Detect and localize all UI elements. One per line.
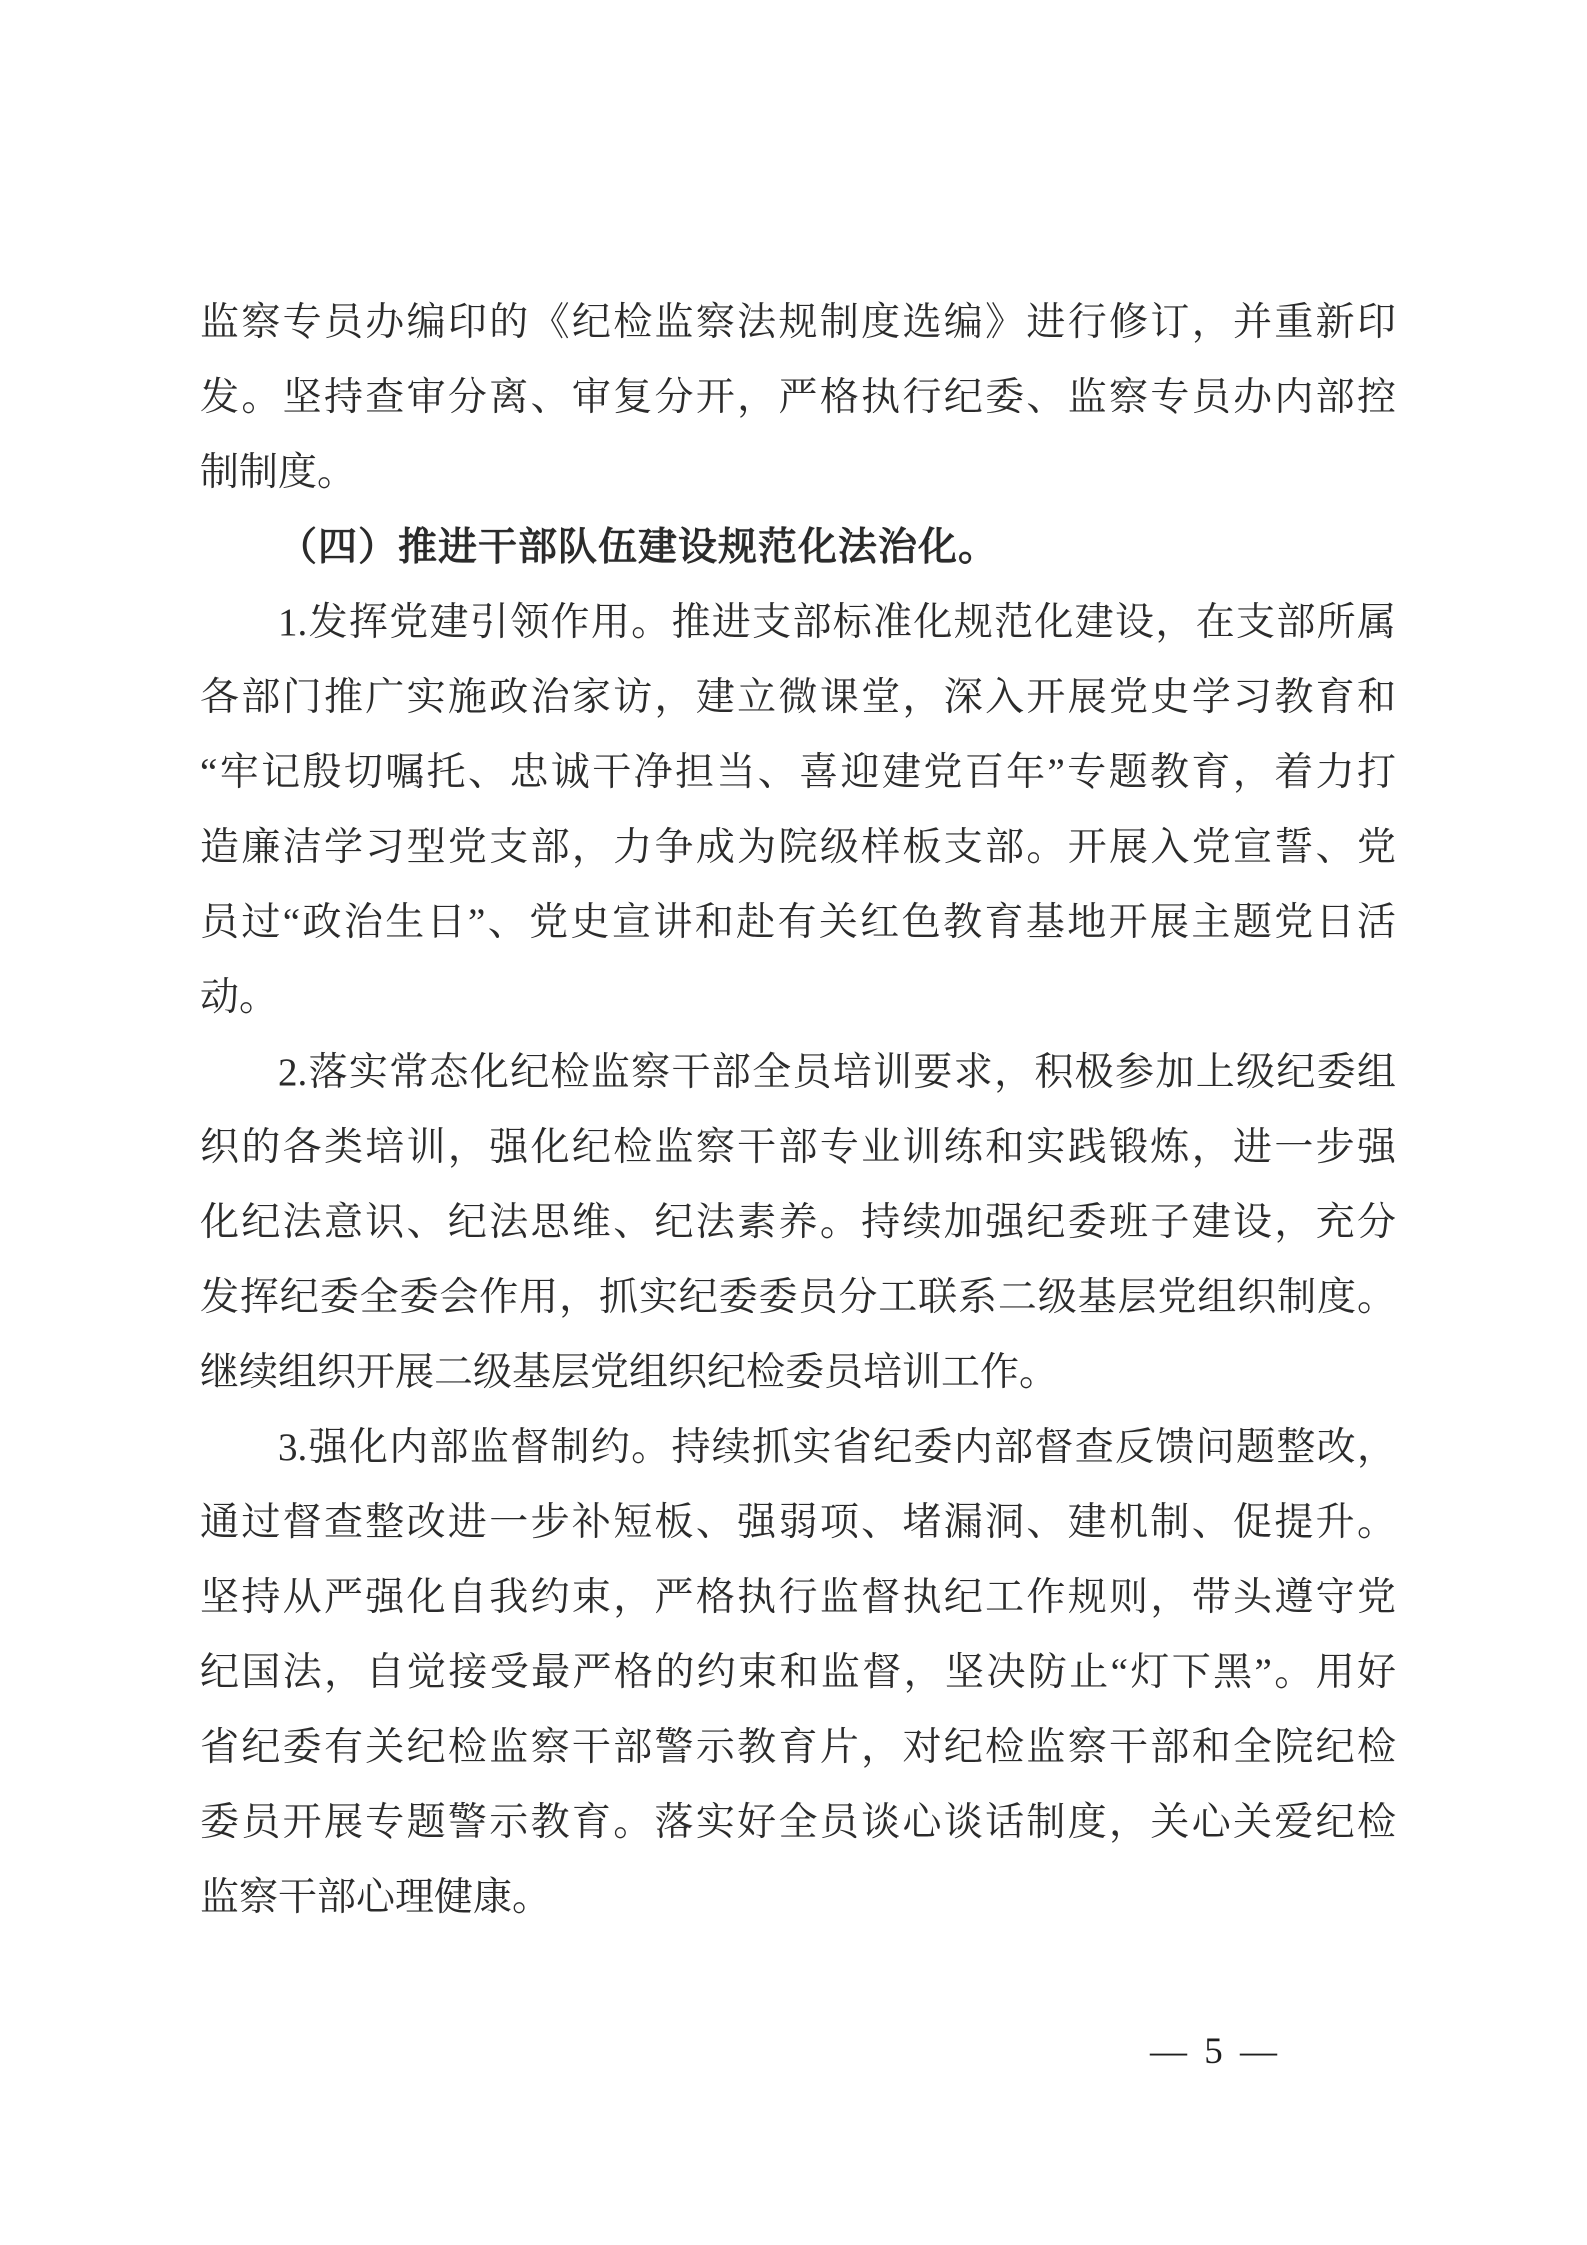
- text-line: 制制度。: [200, 435, 1396, 510]
- text-line: （四）推进干部队伍建设规范化法治化。: [200, 510, 1396, 585]
- text-line: 继续组织开展二级基层党组织纪检委员培训工作。: [200, 1335, 1396, 1410]
- text-line: 发。坚持查审分离、审复分开，严格执行纪委、监察专员办内部控: [200, 360, 1396, 435]
- page-footer: — 5 —: [1150, 2031, 1281, 2073]
- section-heading-4: （四）推进干部队伍建设规范化法治化。: [200, 510, 1396, 585]
- text-line: 各部门推广实施政治家访，建立微课堂，深入开展党史学习教育和: [200, 660, 1396, 735]
- text-line: 监察专员办编印的《纪检监察法规制度选编》进行修订，并重新印: [200, 285, 1396, 360]
- text-line: 监察干部心理健康。: [200, 1860, 1396, 1935]
- paragraph-item-3: 3.强化内部监督制约。持续抓实省纪委内部督查反馈问题整改，通过督查整改进一步补短…: [200, 1410, 1396, 1935]
- text-line: 纪国法，自觉接受最严格的约束和监督，坚决防止“灯下黑”。用好: [200, 1635, 1396, 1710]
- paragraph-item-2: 2.落实常态化纪检监察干部全员培训要求，积极参加上级纪委组织的各类培训，强化纪检…: [200, 1035, 1396, 1410]
- text-line: 3.强化内部监督制约。持续抓实省纪委内部督查反馈问题整改，: [200, 1410, 1396, 1485]
- text-line: 委员开展专题警示教育。落实好全员谈心谈话制度，关心关爱纪检: [200, 1785, 1396, 1860]
- text-line: 坚持从严强化自我约束，严格执行监督执纪工作规则，带头遵守党: [200, 1560, 1396, 1635]
- document-body: 监察专员办编印的《纪检监察法规制度选编》进行修订，并重新印发。坚持查审分离、审复…: [200, 285, 1396, 1935]
- document-page: 监察专员办编印的《纪检监察法规制度选编》进行修订，并重新印发。坚持查审分离、审复…: [0, 0, 1587, 2245]
- text-line: 通过督查整改进一步补短板、强弱项、堵漏洞、建机制、促提升。: [200, 1485, 1396, 1560]
- text-line: 省纪委有关纪检监察干部警示教育片，对纪检监察干部和全院纪检: [200, 1710, 1396, 1785]
- paragraph-item-1: 1.发挥党建引领作用。推进支部标准化规范化建设，在支部所属各部门推广实施政治家访…: [200, 585, 1396, 1035]
- text-line: 织的各类培训，强化纪检监察干部专业训练和实践锻炼，进一步强: [200, 1110, 1396, 1185]
- text-line: “牢记殷切嘱托、忠诚干净担当、喜迎建党百年”专题教育，着力打: [200, 735, 1396, 810]
- text-line: 动。: [200, 960, 1396, 1035]
- text-line: 发挥纪委全委会作用，抓实纪委委员分工联系二级基层党组织制度。: [200, 1260, 1396, 1335]
- text-line: 造廉洁学习型党支部，力争成为院级样板支部。开展入党宣誓、党: [200, 810, 1396, 885]
- text-line: 化纪法意识、纪法思维、纪法素养。持续加强纪委班子建设，充分: [200, 1185, 1396, 1260]
- paragraph-continuation: 监察专员办编印的《纪检监察法规制度选编》进行修订，并重新印发。坚持查审分离、审复…: [200, 285, 1396, 510]
- text-line: 员过“政治生日”、党史宣讲和赴有关红色教育基地开展主题党日活: [200, 885, 1396, 960]
- text-line: 2.落实常态化纪检监察干部全员培训要求，积极参加上级纪委组: [200, 1035, 1396, 1110]
- page-number: — 5 —: [1150, 2031, 1281, 2072]
- text-line: 1.发挥党建引领作用。推进支部标准化规范化建设，在支部所属: [200, 585, 1396, 660]
